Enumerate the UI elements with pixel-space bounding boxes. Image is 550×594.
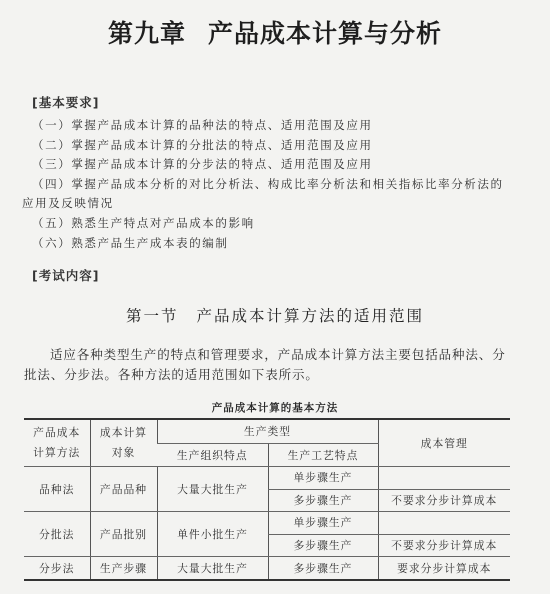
table-row: 分步法 生产步骤 大量大批生产 多步骤生产 要求分步计算成本	[24, 557, 510, 581]
cell-management: 要求分步计算成本	[378, 557, 510, 581]
item-text: 掌握产品成本计算的分批法的特点、适用范围及应用	[71, 138, 372, 152]
item-continuation: 应用及反映情况	[22, 194, 522, 214]
item-text: 熟悉产品生产成本表的编制	[71, 236, 228, 250]
intro-paragraph: 适应各种类型生产的特点和管理要求，产品成本计算方法主要包括品种法、分批法、分步法…	[24, 345, 514, 385]
section-number: 第一节	[126, 307, 179, 325]
header-management: 成本管理	[378, 419, 510, 467]
basic-requirements-label: [基本要求]	[32, 93, 99, 111]
exam-content-label: [考试内容]	[32, 266, 99, 284]
section-name: 产品成本计算方法的适用范围	[197, 307, 425, 325]
chapter-number: 第九章	[108, 19, 186, 48]
header-text: 产品成本	[24, 423, 90, 443]
table-caption: 产品成本计算的基本方法	[0, 400, 550, 415]
cell-organization: 大量大批生产	[157, 467, 268, 512]
cell-object: 产品品种	[90, 467, 157, 512]
cell-organization: 单件小批生产	[157, 512, 268, 557]
item-text: 熟悉生产特点对产品成本的影响	[71, 216, 254, 230]
header-method: 产品成本 计算方法	[24, 419, 90, 467]
item-marker: （二）	[32, 138, 71, 152]
cell-object: 产品批别	[90, 512, 157, 557]
item-marker: （三）	[32, 157, 71, 171]
document-page: 第九章产品成本计算与分析 [基本要求] （一）掌握产品成本计算的品种法的特点、适…	[0, 0, 550, 594]
requirement-item: （五）熟悉生产特点对产品成本的影响	[32, 214, 522, 234]
header-text: 成本计算	[91, 423, 157, 443]
item-text: 掌握产品成本分析的对比分析法、构成比率分析法和相关指标比率分析法的	[71, 177, 503, 191]
item-marker: （四）	[32, 177, 71, 191]
item-marker: （一）	[32, 118, 71, 132]
item-marker: （六）	[32, 236, 71, 250]
cost-methods-table: 产品成本 计算方法 成本计算 对象 生产类型 成本管理 生产组织特点 生产工艺特…	[24, 418, 510, 581]
table-row: 品种法 产品品种 大量大批生产 单步骤生产	[24, 467, 510, 490]
cell-method: 品种法	[24, 467, 90, 512]
requirements-list: （一）掌握产品成本计算的品种法的特点、适用范围及应用 （二）掌握产品成本计算的分…	[32, 116, 522, 253]
requirement-item: （四）掌握产品成本分析的对比分析法、构成比率分析法和相关指标比率分析法的 应用及…	[32, 175, 522, 214]
cell-process: 多步骤生产	[268, 489, 378, 512]
chapter-name: 产品成本计算与分析	[208, 19, 442, 48]
cell-organization: 大量大批生产	[157, 557, 268, 581]
table-row: 分批法 产品批别 单件小批生产 单步骤生产	[24, 512, 510, 535]
cell-method: 分步法	[24, 557, 90, 581]
header-row: 产品成本 计算方法 成本计算 对象 生产类型 成本管理	[24, 419, 510, 444]
header-text: 计算方法	[24, 443, 90, 463]
section-title: 第一节产品成本计算方法的适用范围	[0, 304, 550, 326]
cell-process: 单步骤生产	[268, 512, 378, 535]
header-process: 生产工艺特点	[268, 444, 378, 467]
header-organization: 生产组织特点	[157, 444, 268, 467]
requirement-item: （一）掌握产品成本计算的品种法的特点、适用范围及应用	[32, 116, 522, 136]
cell-management: 不要求分步计算成本	[378, 534, 510, 557]
cell-method: 分批法	[24, 512, 90, 557]
header-production-type: 生产类型	[157, 419, 378, 444]
item-text: 掌握产品成本计算的分步法的特点、适用范围及应用	[71, 157, 372, 171]
header-object: 成本计算 对象	[90, 419, 157, 467]
cell-object: 生产步骤	[90, 557, 157, 581]
cell-management: 不要求分步计算成本	[378, 489, 510, 512]
header-text: 对象	[91, 443, 157, 463]
requirement-item: （三）掌握产品成本计算的分步法的特点、适用范围及应用	[32, 155, 522, 175]
cell-process: 多步骤生产	[268, 534, 378, 557]
cell-management	[378, 467, 510, 490]
item-text: 掌握产品成本计算的品种法的特点、适用范围及应用	[71, 118, 372, 132]
cell-process: 多步骤生产	[268, 557, 378, 581]
item-marker: （五）	[32, 216, 71, 230]
requirement-item: （二）掌握产品成本计算的分批法的特点、适用范围及应用	[32, 136, 522, 156]
cell-process: 单步骤生产	[268, 467, 378, 490]
requirement-item: （六）熟悉产品生产成本表的编制	[32, 234, 522, 254]
chapter-title: 第九章产品成本计算与分析	[0, 14, 550, 50]
cell-management	[378, 512, 510, 535]
